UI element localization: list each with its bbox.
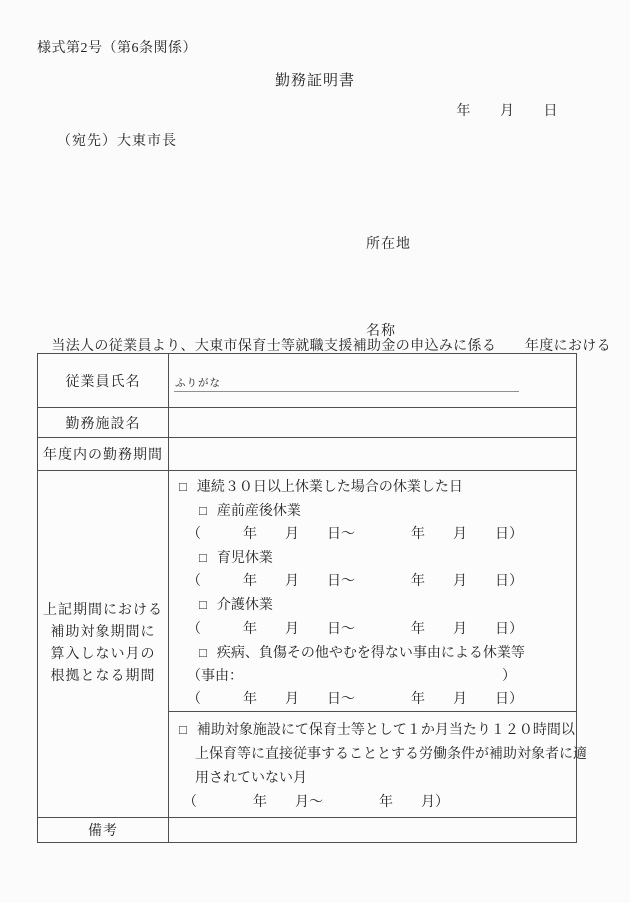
hours-section-cell: □補助対象施設にて保育士等として１か月当たり１２０時間以 上保育等に直接従事する… — [169, 711, 577, 817]
row-label-employee-name: 従業員氏名 — [38, 354, 169, 408]
row-label-facility-name: 勤務施設名 — [38, 408, 169, 438]
facility-name-value-cell — [169, 408, 577, 438]
hours-line-text: 用されていない月 — [195, 771, 307, 786]
employee-name-value-cell: ふりがな — [169, 354, 577, 408]
date-range-blank: （ 年 月 日～ 年 月 日） — [187, 574, 523, 589]
work-period-value-cell — [169, 438, 577, 471]
reason-blank: （事由： ） — [187, 669, 516, 684]
remarks-value-cell — [169, 817, 577, 842]
page-title: 勤務証明書 — [0, 69, 630, 90]
leave-line-text: 連続３０日以上休業した場合の休業した日 — [197, 480, 463, 495]
date-range-blank: （ 年 月 日～ 年 月 日） — [187, 527, 523, 542]
leave-line-text: 育児休業 — [217, 551, 273, 566]
document-page: 様式第2号（第6条関係） 勤務証明書 年 月 日 （宛先）大東市長 所在地 名称… — [0, 0, 630, 903]
date-range-blank: （ 年 月～ 年 月） — [183, 795, 449, 810]
furigana-label: ふりがな — [174, 373, 519, 392]
leave-line-text: 介護休業 — [217, 598, 273, 613]
hours-line-text: 上保育等に直接従事することとする労働条件が補助対象者に適 — [195, 747, 587, 762]
checkbox-icon: □ — [179, 718, 187, 742]
leave-line-text: 産前産後休業 — [217, 504, 301, 519]
form-number: 様式第2号（第6条関係） — [37, 37, 197, 57]
row-label-exclusion-period: 上記期間における 補助対象期間に 算入しない月の 根拠となる期間 — [38, 471, 169, 818]
leave-section-cell: □連続３０日以上休業した場合の休業した日 □産前産後休業 （ 年 月 日～ 年 … — [169, 471, 577, 712]
date-line: 年 月 日 — [457, 100, 559, 120]
table-row: 従業員氏名 ふりがな — [38, 354, 577, 408]
leave-line-text: 疾病、負傷その他やむを得ない事由による休業等 — [217, 646, 525, 661]
date-range-blank: （ 年 月 日～ 年 月 日） — [187, 692, 523, 707]
table-row: 年度内の勤務期間 — [38, 438, 577, 471]
issuer-location-label: 所在地 — [366, 230, 441, 259]
checkbox-icon: □ — [199, 499, 207, 522]
checkbox-icon: □ — [199, 593, 207, 616]
table-row: 勤務施設名 — [38, 408, 577, 438]
addressee-line: （宛先）大東市長 — [57, 130, 177, 150]
table-row: 上記期間における 補助対象期間に 算入しない月の 根拠となる期間 □連続３０日以… — [38, 471, 577, 712]
hours-line-text: 補助対象施設にて保育士等として１か月当たり１２０時間以 — [197, 723, 575, 738]
checkbox-icon: □ — [179, 475, 187, 498]
checkbox-icon: □ — [199, 641, 207, 664]
row-label-work-period: 年度内の勤務期間 — [38, 438, 169, 471]
date-range-blank: （ 年 月 日～ 年 月 日） — [187, 622, 523, 637]
row-label-remarks: 備考 — [38, 817, 169, 842]
work-certificate-table: 従業員氏名 ふりがな 勤務施設名 年度内の勤務期間 上記期間における 補助対象期… — [37, 353, 577, 843]
table-row: 備考 — [38, 817, 577, 842]
checkbox-icon: □ — [199, 546, 207, 569]
